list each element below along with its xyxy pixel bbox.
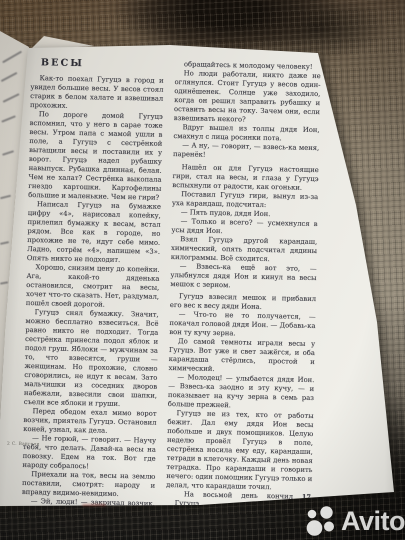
paragraph: Гугуцэ не из тех, кто от работы бежит. Д…: [166, 409, 314, 493]
paragraph: На восьмой день кончил Гугуцэ: [166, 490, 293, 511]
listing-photo: ВЕСЫ Как-то поехал Гугуцэ в город и увид…: [0, 0, 405, 540]
paragraph: Написал Гугуцэ на бумажке цифру «4», нар…: [27, 200, 161, 266]
paragraph: — А ну, — говорит, — взвесь-ка меня, пар…: [173, 141, 319, 162]
paragraph: Как-то поехал Гугуцэ в город и увидел бо…: [30, 74, 164, 113]
paragraph: Поставил Гугуцэ гири, вынул из-за уха ка…: [172, 189, 318, 210]
right-column: обращайтесь к молодому человеку! Но люди…: [165, 60, 321, 530]
story-title: ВЕСЫ: [41, 58, 164, 70]
paragraph: — Не горюй, — говорит. — Научу тебя, что…: [22, 434, 156, 473]
page-text: ВЕСЫ Как-то поехал Гугуцэ в город и увид…: [21, 57, 323, 530]
paragraph: Но люди работали, никто даже не оглянулс…: [174, 69, 321, 126]
left-column: ВЕСЫ Как-то поехал Гугуцэ в город и увид…: [21, 57, 164, 527]
paragraph: — Молодец! — улыбается дядя Ион. — Взвес…: [168, 373, 315, 412]
signature-mark: 2 С. Вангели: [7, 442, 40, 448]
paragraph: Нашёл он для Гугуцэ настоящие гири, стал…: [172, 162, 319, 192]
paragraph: Взял Гугуцэ другой карандаш, химический,…: [171, 234, 318, 264]
avito-logo-icon: [304, 506, 338, 537]
book-page: ВЕСЫ Как-то поехал Гугуцэ в город и увид…: [0, 0, 405, 540]
paragraph: — Взвесь-ка ещё вот это, — улыбнулся дяд…: [170, 261, 317, 291]
paragraph: — Эй, люди! — закричал возчик. — Хотите …: [21, 497, 155, 527]
paragraph: Приехали на ток, весы на землю поставили…: [22, 470, 156, 500]
paragraph: Гугуцэ снял бумажку. Значит, можно беспл…: [24, 308, 159, 410]
paragraph: Хорошо, снизим цену до копейки. Ага, как…: [26, 263, 160, 311]
page-paper: ВЕСЫ Как-то поехал Гугуцэ в город и увид…: [0, 0, 405, 540]
paragraph: — Только и всего? — усмехнулся в усы дяд…: [171, 216, 317, 237]
paragraph: До самой темноты играли весы у Гугуцэ. В…: [168, 337, 315, 376]
avito-wordmark: Avito: [341, 508, 405, 535]
paragraph: — Что-то не то получается, — покачал гол…: [169, 310, 316, 340]
paragraph: Перед обедом ехал мимо ворот возчик, при…: [23, 407, 157, 437]
avito-watermark: Avito: [304, 506, 405, 537]
last-line: На восьмой день кончил Гугуцэ 17: [166, 490, 312, 511]
paragraph: По дороге домой Гугуцэ вспомнил, что у н…: [28, 110, 163, 203]
